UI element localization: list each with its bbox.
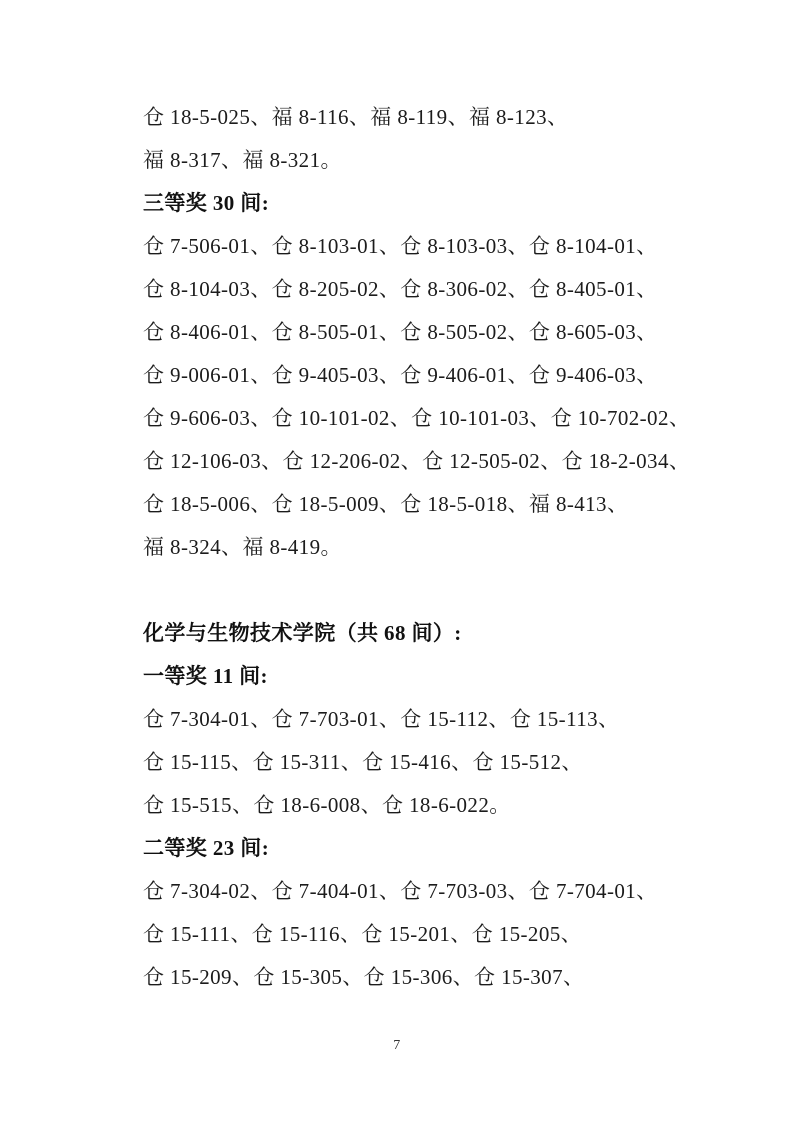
room-list-line: 仓 7-304-01、仓 7-703-01、仓 15-112、仓 15-113、 bbox=[143, 698, 723, 741]
document-content: 仓 18-5-025、福 8-116、福 8-119、福 8-123、 福 8-… bbox=[143, 96, 723, 999]
room-list-line: 仓 8-406-01、仓 8-505-01、仓 8-505-02、仓 8-605… bbox=[143, 311, 723, 354]
room-list-line: 仓 15-209、仓 15-305、仓 15-306、仓 15-307、 bbox=[143, 956, 723, 999]
room-list-line: 仓 8-104-03、仓 8-205-02、仓 8-306-02、仓 8-405… bbox=[143, 268, 723, 311]
room-list-line: 仓 15-115、仓 15-311、仓 15-416、仓 15-512、 bbox=[143, 741, 723, 784]
room-list-line: 仓 9-606-03、仓 10-101-02、仓 10-101-03、仓 10-… bbox=[143, 397, 723, 440]
section-gap bbox=[143, 569, 723, 612]
room-list-line: 仓 9-006-01、仓 9-405-03、仓 9-406-01、仓 9-406… bbox=[143, 354, 723, 397]
room-list-line: 仓 7-304-02、仓 7-404-01、仓 7-703-03、仓 7-704… bbox=[143, 870, 723, 913]
first-prize-heading: 一等奖 11 间: bbox=[143, 655, 723, 698]
room-list-line: 仓 18-5-006、仓 18-5-009、仓 18-5-018、福 8-413… bbox=[143, 483, 723, 526]
room-list-line: 仓 7-506-01、仓 8-103-01、仓 8-103-03、仓 8-104… bbox=[143, 225, 723, 268]
third-prize-heading: 三等奖 30 间: bbox=[143, 182, 723, 225]
room-list-line: 仓 15-111、仓 15-116、仓 15-201、仓 15-205、 bbox=[143, 913, 723, 956]
document-page: 仓 18-5-025、福 8-116、福 8-119、福 8-123、 福 8-… bbox=[0, 0, 794, 1123]
second-prize-heading: 二等奖 23 间: bbox=[143, 827, 723, 870]
room-list-line: 仓 18-5-025、福 8-116、福 8-119、福 8-123、 bbox=[143, 96, 723, 139]
room-list-line: 仓 12-106-03、仓 12-206-02、仓 12-505-02、仓 18… bbox=[143, 440, 723, 483]
page-number: 7 bbox=[0, 1038, 794, 1054]
room-list-line: 福 8-324、福 8-419。 bbox=[143, 526, 723, 569]
college-section-title: 化学与生物技术学院（共 68 间）: bbox=[143, 612, 723, 655]
room-list-line: 福 8-317、福 8-321。 bbox=[143, 139, 723, 182]
room-list-line: 仓 15-515、仓 18-6-008、仓 18-6-022。 bbox=[143, 784, 723, 827]
